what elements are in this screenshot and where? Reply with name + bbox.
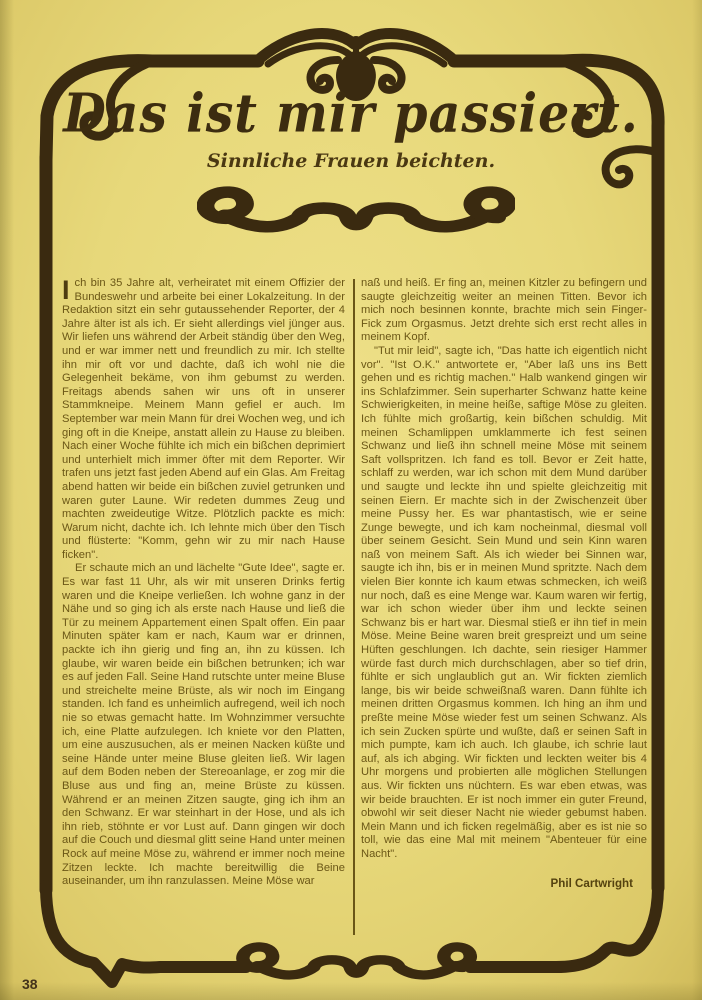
scroll-wave-ornament — [243, 947, 470, 975]
column-divider-rule — [353, 279, 355, 935]
drop-cap: I — [62, 278, 70, 302]
paragraph: naß und heiß. Er fing an, meinen Kitzler… — [361, 277, 647, 345]
text-column-right: naß und heiß. Er fing an, meinen Kitzler… — [361, 277, 647, 935]
paragraph: Ich bin 35 Jahre alt, verheiratet mit ei… — [62, 277, 345, 562]
header: Das ist mir passiert. Sinnliche Frauen b… — [0, 84, 702, 172]
author-signature: Phil Cartwright — [361, 877, 647, 891]
magazine-page: Das ist mir passiert. Sinnliche Frauen b… — [0, 0, 702, 1000]
page-subtitle: Sinnliche Frauen beichten. — [0, 150, 702, 172]
page-number: 38 — [22, 976, 38, 992]
article-body: Ich bin 35 Jahre alt, verheiratet mit ei… — [62, 277, 647, 935]
paragraph-text: ch bin 35 Jahre alt, verheiratet mit ein… — [62, 277, 345, 561]
paragraph: Er schaute mich an und lächelte "Gute Id… — [62, 562, 345, 888]
page-title: Das ist mir passiert. — [0, 82, 702, 145]
paragraph: "Tut mir leid", sagte ich, "Das hatte ic… — [361, 345, 647, 862]
text-column-left: Ich bin 35 Jahre alt, verheiratet mit ei… — [62, 277, 345, 935]
scroll-wave-divider — [197, 184, 515, 236]
